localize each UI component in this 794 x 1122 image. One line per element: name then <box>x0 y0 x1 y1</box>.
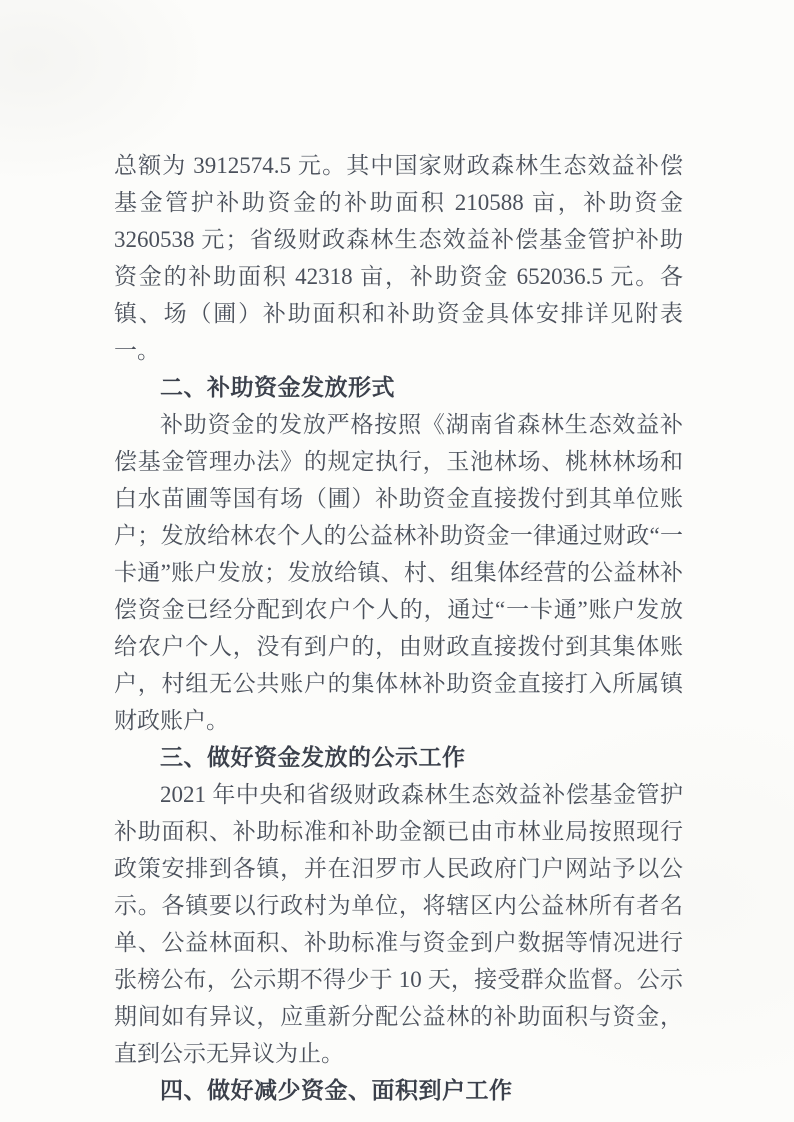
section-heading-4: 四、做好减少资金、面积到户工作 <box>114 1072 683 1109</box>
scanned-document-page: 总额为 3912574.5 元。其中国家财政森林生态效益补偿基金管护补助资金的补… <box>0 0 794 1122</box>
section-3-paragraph: 2021 年中央和省级财政森林生态效益补偿基金管护补助面积、补助标准和补助金额已… <box>114 776 683 1072</box>
document-body: 总额为 3912574.5 元。其中国家财政森林生态效益补偿基金管护补助资金的补… <box>114 147 683 1109</box>
paragraph-continuation: 总额为 3912574.5 元。其中国家财政森林生态效益补偿基金管护补助资金的补… <box>114 147 683 369</box>
section-2-paragraph: 补助资金的发放严格按照《湖南省森林生态效益补偿基金管理办法》的规定执行，玉池林场… <box>114 406 683 739</box>
section-heading-3: 三、做好资金发放的公示工作 <box>114 739 683 776</box>
section-heading-2: 二、补助资金发放形式 <box>114 369 683 406</box>
